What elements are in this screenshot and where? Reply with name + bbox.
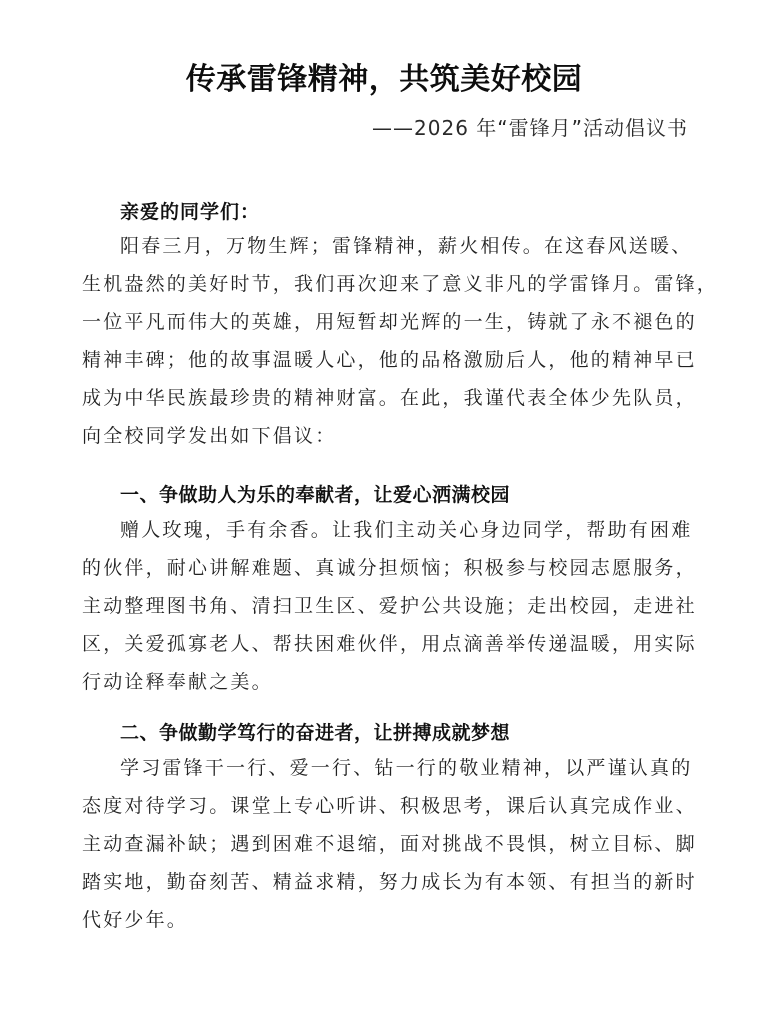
text-line: 代好少年。 [82,901,692,939]
text-line: 阳春三月，万物生辉；雷锋精神，薪火相传。在这春风送暖、 [82,227,692,265]
document-page: 传承雷锋精神，共筑美好校园 ——2026 年“雷锋月”活动倡议书 亲爱的同学们：… [0,0,768,1024]
text-line: 向全校同学发出如下倡议： [82,417,692,455]
salutation: 亲爱的同学们： [120,197,260,224]
text-line: 踏实地，勤奋刻苦、精益求精，努力成长为有本领、有担当的新时 [82,863,692,901]
text-line: 一位平凡而伟大的英雄，用短暂却光辉的一生，铸就了永不褪色的 [82,303,692,341]
intro-paragraph: 阳春三月，万物生辉；雷锋精神，薪火相传。在这春风送暖、 生机盎然的美好时节，我们… [82,227,692,455]
section-heading-1: 一、争做助人为乐的奉献者，让爱心洒满校园 [120,480,510,507]
section-2-paragraph: 学习雷锋干一行、爱一行、钻一行的敬业精神，以严谨认真的 态度对待学习。课堂上专心… [82,749,692,939]
section-1-paragraph: 赠人玫瑰，手有余香。让我们主动关心身边同学，帮助有困难 的伙伴，耐心讲解难题、真… [82,511,692,701]
text-line: 生机盎然的美好时节，我们再次迎来了意义非凡的学雷锋月。雷锋， [82,265,692,303]
text-line: 主动查漏补缺；遇到困难不退缩，面对挑战不畏惧，树立目标、脚 [82,825,692,863]
text-line: 行动诠释奉献之美。 [82,663,692,701]
text-line: 赠人玫瑰，手有余香。让我们主动关心身边同学，帮助有困难 [82,511,692,549]
text-line: 学习雷锋干一行、爱一行、钻一行的敬业精神，以严谨认真的 [82,749,692,787]
document-subtitle: ——2026 年“雷锋月”活动倡议书 [372,112,688,141]
text-line: 精神丰碑；他的故事温暖人心，他的品格激励后人，他的精神早已 [82,341,692,379]
document-title: 传承雷锋精神，共筑美好校园 [0,54,768,98]
text-line: 态度对待学习。课堂上专心听讲、积极思考，课后认真完成作业、 [82,787,692,825]
text-line: 主动整理图书角、清扫卫生区、爱护公共设施；走出校园，走进社 [82,587,692,625]
text-line: 的伙伴，耐心讲解难题、真诚分担烦恼；积极参与校园志愿服务， [82,549,692,587]
text-line: 区，关爱孤寡老人、帮扶困难伙伴，用点滴善举传递温暖，用实际 [82,625,692,663]
section-heading-2: 二、争做勤学笃行的奋进者，让拼搏成就梦想 [120,718,510,745]
text-line: 成为中华民族最珍贵的精神财富。在此，我谨代表全体少先队员， [82,379,692,417]
